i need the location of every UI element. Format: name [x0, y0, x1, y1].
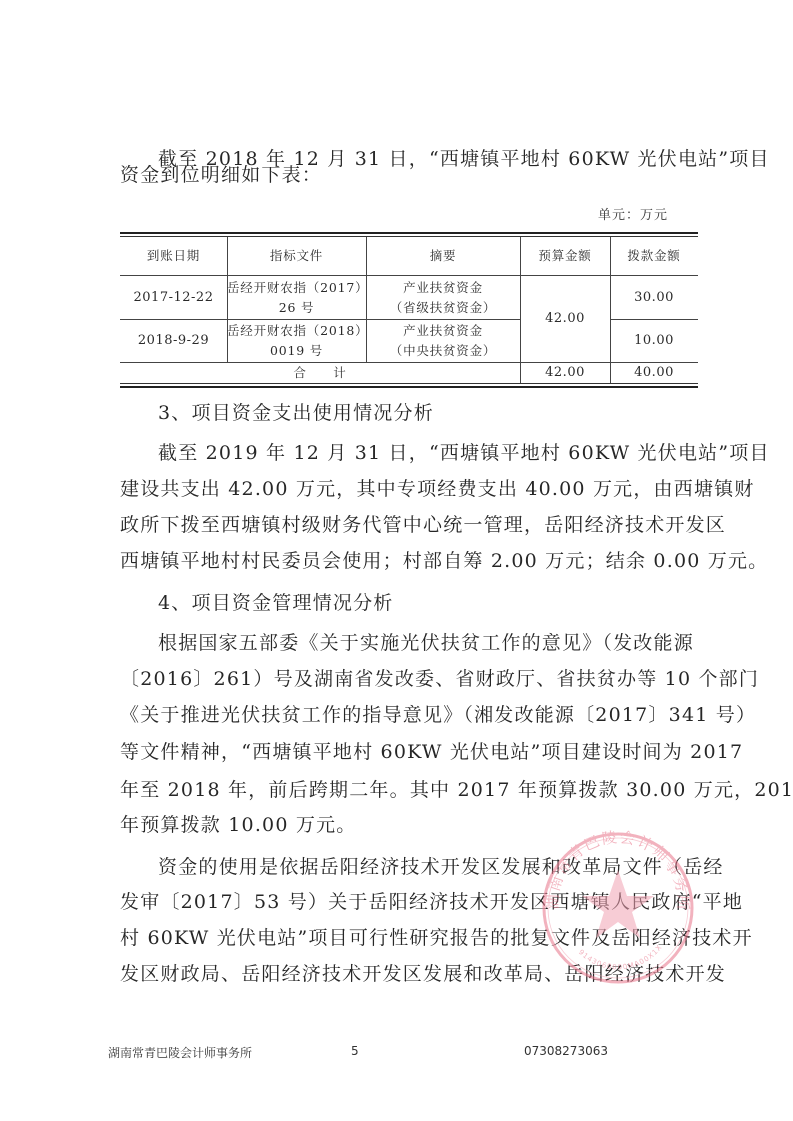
table-row-1-doc: 岳经开财农指（2017） 26 号 — [227, 276, 366, 319]
footer-phone: 07308273063 — [524, 1044, 608, 1058]
table-row-2-payment: 10.00 — [610, 320, 698, 362]
section-4-p1-line-1: 根据国家五部委《关于实施光伏扶贫工作的意见》（发改能源 — [158, 631, 738, 655]
table-row-2-doc: 岳经开财农指（2018） 0019 号 — [227, 320, 366, 362]
section-4-p2-line-4: 发区财政局、岳阳经济技术开发区发展和改革局、岳阳经济技术开发 — [120, 962, 700, 986]
table-row-2-date: 2018-9-29 — [120, 320, 227, 362]
section-4-p1-line-4: 等文件精神，“西塘镇平地村 60KW 光伏电站”项目建设时间为 2017 — [120, 740, 700, 764]
section-3-line-2: 建设共支出 42.00 万元，其中专项经费支出 40.00 万元，由西塘镇财 — [120, 477, 700, 501]
section-4-p1-line-3: 《关于推进光伏扶贫工作的指导意见》（湘发改能源〔2017〕341 号） — [120, 703, 700, 727]
header-date: 到账日期 — [120, 237, 227, 275]
table-row-1-payment: 30.00 — [610, 276, 698, 319]
header-doc: 指标文件 — [227, 237, 366, 275]
merged-budget-cell: 42.00 — [520, 276, 610, 362]
section-4-p2-line-1: 资金的使用是依据岳阳经济技术开发区发展和改革局文件（岳经 — [158, 855, 738, 879]
section-4-p1-line-5: 年至 2018 年，前后跨期二年。其中 2017 年预算拨款 30.00 万元，… — [120, 778, 700, 802]
footer-firm-name: 湖南常青巴陵会计师事务所 — [108, 1044, 252, 1061]
total-payment: 40.00 — [610, 363, 698, 383]
section-4-p1-line-6: 年预算拨款 10.00 万元。 — [120, 813, 700, 837]
intro-line-2: 资金到位明细如下表： — [120, 163, 700, 187]
section-4-heading: 4、项目资金管理情况分析 — [158, 591, 738, 615]
header-summary: 摘要 — [366, 237, 520, 275]
section-3-line-1: 截至 2019 年 12 月 31 日，“西塘镇平地村 60KW 光伏电站”项目 — [158, 441, 738, 465]
table-bottom-border-inner — [120, 383, 698, 384]
footer-page-number: 5 — [351, 1044, 359, 1058]
section-4-p2-line-2: 发审〔2017〕53 号）关于岳阳经济技术开发区西塘镇人民政府“平地 — [120, 890, 700, 914]
total-budget: 42.00 — [520, 363, 610, 383]
section-3-line-3: 政所下拨至西塘镇村级财务代管中心统一管理，岳阳经济技术开发区 — [120, 513, 700, 537]
table-row-1-summary: 产业扶贫资金 （省级扶贫资金） — [366, 276, 520, 319]
table-row-2-summary: 产业扶贫资金 （中央扶贫资金） — [366, 320, 520, 362]
section-3-heading: 3、项目资金支出使用情况分析 — [158, 401, 738, 425]
table-top-border — [120, 232, 698, 234]
unit-label: 单元：万元 — [598, 204, 668, 223]
section-3-line-4: 西塘镇平地村村民委员会使用；村部自筹 2.00 万元；结余 0.00 万元。 — [120, 549, 700, 573]
section-4-p2-line-3: 村 60KW 光伏电站”项目可行性研究报告的批复文件及岳阳经济技术开 — [120, 926, 700, 950]
header-budget: 预算金额 — [520, 237, 610, 275]
table-bottom-border — [120, 386, 698, 388]
section-4-p1-line-2: 〔2016〕261）号及湖南省发改委、省财政厅、省扶贫办等 10 个部门 — [120, 667, 700, 691]
header-payment: 拨款金额 — [610, 237, 698, 275]
table-row-1-date: 2017-12-22 — [120, 276, 227, 319]
total-label: 合 计 — [120, 363, 520, 383]
